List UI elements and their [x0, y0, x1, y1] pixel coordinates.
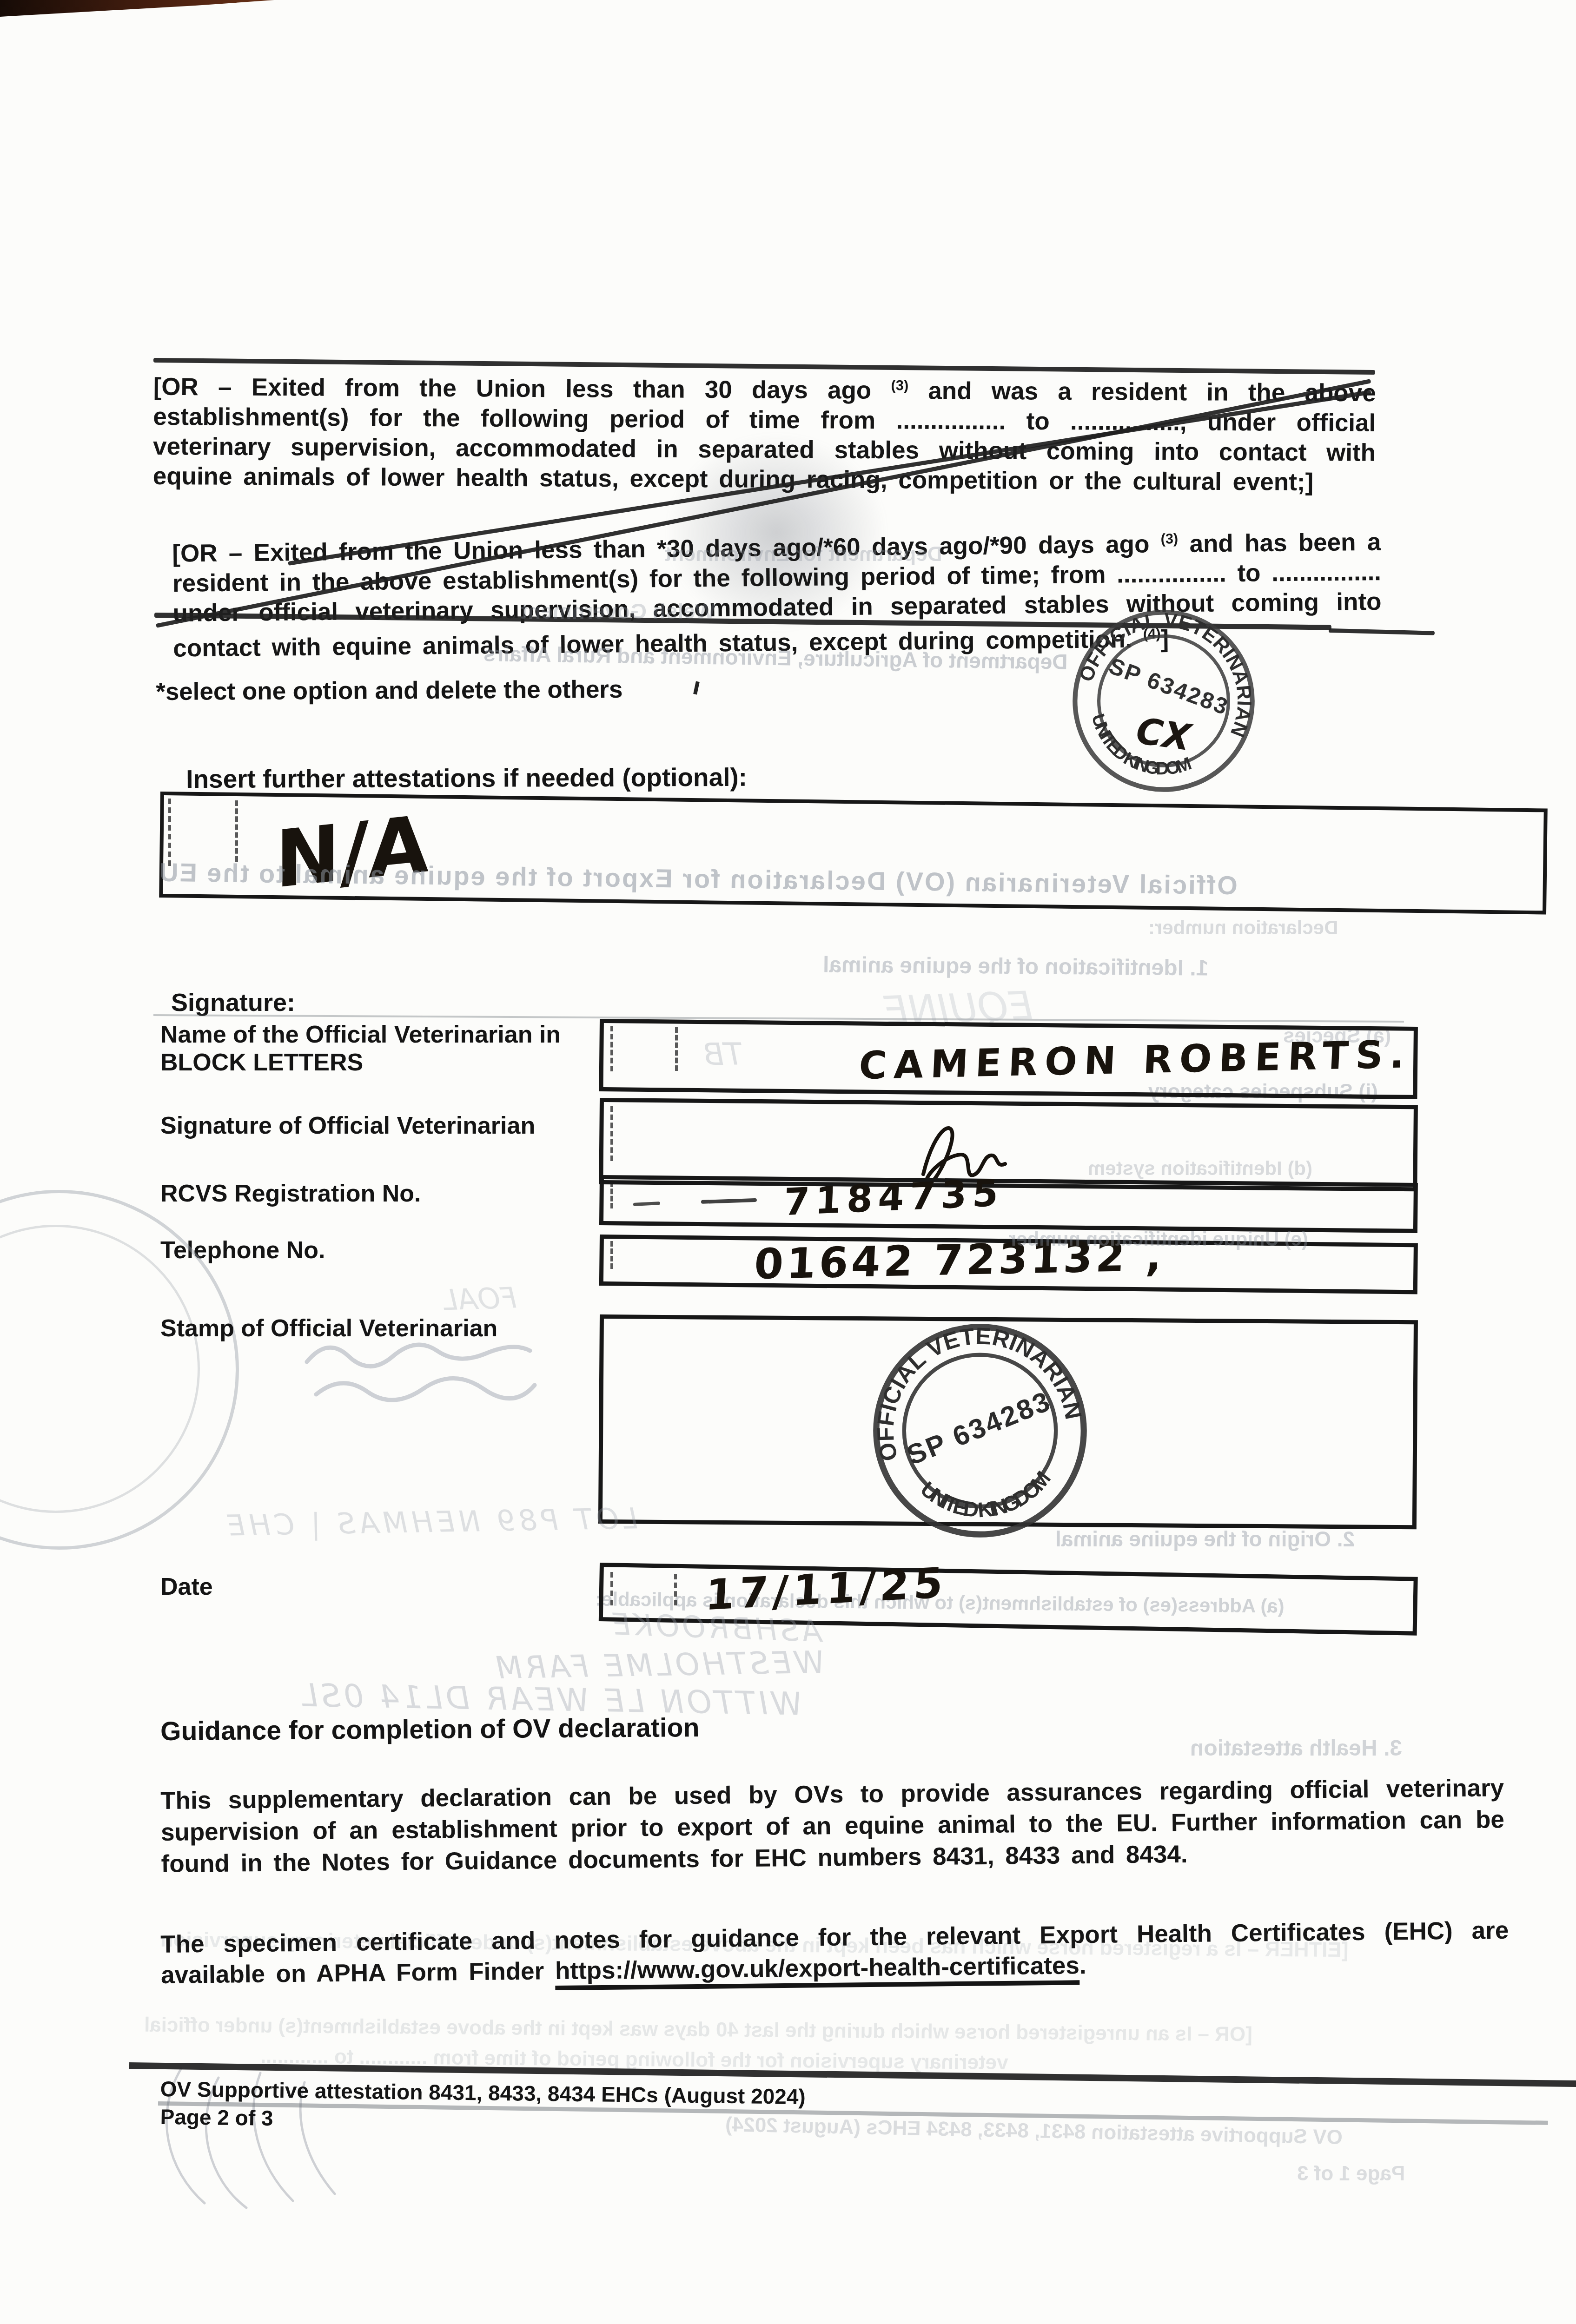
- cell-tick-sig-1: [610, 1106, 613, 1161]
- signature-of-ov-label: Signature of Official Veterinarian: [160, 1112, 616, 1140]
- cell-tick-date-2: [674, 1574, 677, 1605]
- guidance-paragraph: This supplementary declaration can be us…: [160, 1772, 1505, 1880]
- signature-section-header: Signature:: [171, 988, 295, 1017]
- cell-tick-name-2: [675, 1027, 678, 1071]
- cell-tick-attest-2: [235, 800, 238, 862]
- select-option-note: *select one option and delete the others: [156, 675, 623, 706]
- rcvs-number-label: RCVS Registration No.: [160, 1180, 421, 1208]
- apha-paragraph: The specimen certificate and notes for g…: [160, 1915, 1509, 1991]
- stamp-code-text: SP 634283: [902, 1385, 1055, 1471]
- name-of-ov-label: Name of the Official Veterinarian in BLO…: [160, 1021, 611, 1077]
- or-option-1-paragraph: [OR – Exited from the Union less than 30…: [153, 367, 1376, 497]
- ghost-hand-foal: FOAL: [441, 1281, 517, 1317]
- footnote-3-superscript-2: (3): [1160, 530, 1178, 547]
- cell-tick-name-1: [610, 1026, 613, 1071]
- stamp2-handwritten-initials: CX: [1133, 710, 1195, 759]
- ghost-hand-address-1: ASHBROOKE: [609, 1607, 822, 1649]
- ghost-or-line: [OR – Is an unregistered horse which dur…: [144, 2014, 1252, 2047]
- official-veterinarian-stamp: OFFICIAL VETERINARIAN UNITED KINGDOM SP …: [868, 1319, 1092, 1542]
- cell-tick-rcvs-1: [610, 1182, 613, 1208]
- ghost-identification-heading: 1. Identification of the equine animal: [823, 952, 1209, 981]
- guidance-heading: Guidance for completion of OV declaratio…: [160, 1712, 700, 1747]
- ghost-welsh-government: Welsh Government: [521, 599, 715, 624]
- ghost-origin-heading: 2. Origin of the equine animal: [1055, 1526, 1355, 1552]
- ghost-health-attestation: 3. Health attestation: [1190, 1736, 1402, 1761]
- scan-edge-wedge: [0, 0, 279, 17]
- ghost-dept-environment: Department for Environment: [665, 543, 942, 566]
- quote-mark-artifact: [693, 681, 700, 694]
- cell-tick-attest-1: [168, 799, 171, 866]
- stamp-of-ov-label: Stamp of Official Veterinarian: [160, 1314, 616, 1342]
- scanned-document-page: [OR – Exited from the Union less than 30…: [0, 0, 1576, 2324]
- ghost-hand-lot-line: LOT P89 NEHMAS | CHE: [223, 1501, 638, 1543]
- rcvs-number-box: [599, 1175, 1418, 1233]
- footnote-3-superscript: (3): [891, 377, 909, 393]
- stamp2-code-text: SP 634283: [1106, 653, 1232, 720]
- official-veterinarian-stamp-top-right: OFFICIAL VETERINARIAN UNITED KINGDOM SP …: [1068, 602, 1259, 799]
- ghost-declaration-number: Declaration number:: [1148, 917, 1338, 939]
- apha-form-finder-url: https://www.gov.uk/export-health-certifi…: [555, 1952, 1080, 1990]
- cell-tick-date-1: [610, 1572, 613, 1605]
- footer-page-number: Page 2 of 3: [160, 2105, 273, 2131]
- ghost-unique-id: (e) Unique identification number: [1009, 1228, 1308, 1250]
- ghost-hand-address-2: WESTHOLME FARM: [492, 1644, 824, 1686]
- ghost-footer-page-number: Page 1 of 3: [1297, 2162, 1405, 2185]
- cell-tick-phone-1: [610, 1241, 613, 1269]
- or-option-1-text-a: [OR – Exited from the Union less than 30…: [153, 373, 891, 404]
- date-label: Date: [160, 1573, 213, 1601]
- ghost-id-system: (d) Identification system: [1088, 1157, 1312, 1180]
- insert-attestations-heading: Insert further attestations if needed (o…: [186, 763, 747, 794]
- apha-text-end: .: [1079, 1952, 1086, 1979]
